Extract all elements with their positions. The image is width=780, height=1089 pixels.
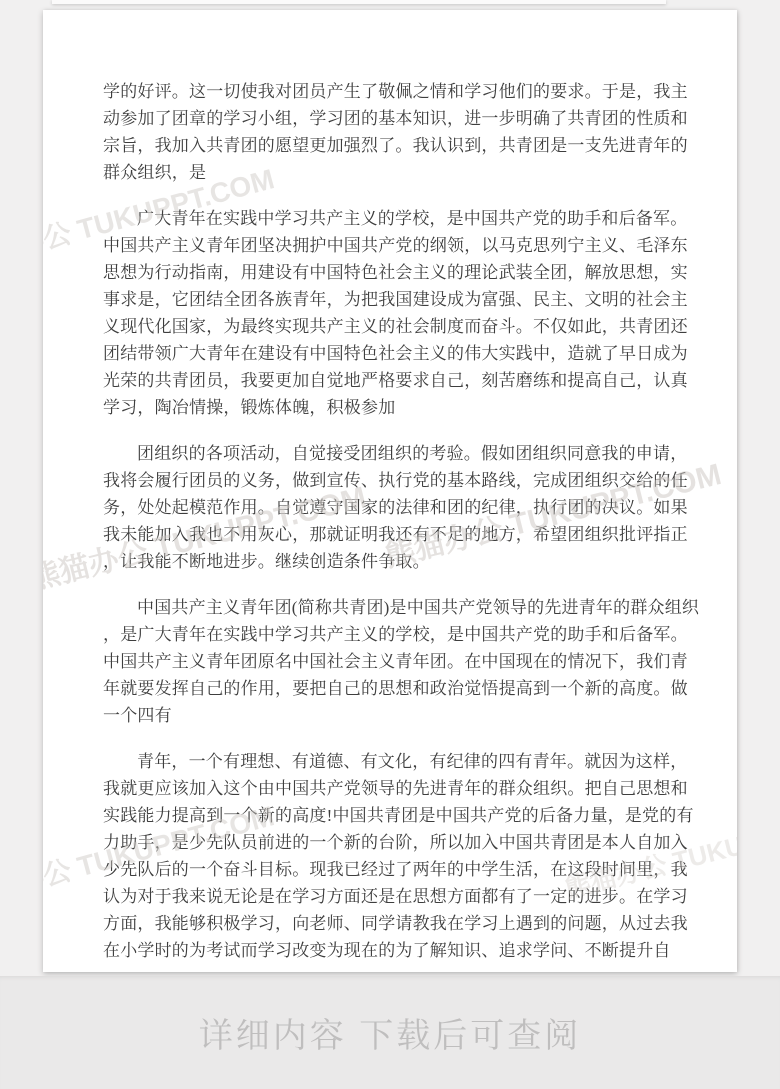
document-content: 学的好评。这一切使我对团员产生了敬佩之情和学习他们的要求。于是，我主动参加了团章… [103, 78, 684, 964]
text-line: 广大青年在实践中学习共产主义的学校，是中国共产党的助手和后备军。 [103, 205, 684, 232]
document-page: 学的好评。这一切使我对团员产生了敬佩之情和学习他们的要求。于是，我主动参加了团章… [43, 10, 737, 972]
footer-bar: 详细内容 下载后可查阅 [0, 976, 780, 1089]
text-line: 群众组织，是 [103, 159, 684, 186]
paragraph: 广大青年在实践中学习共产主义的学校，是中国共产党的助手和后备军。中国共产主义青年… [103, 205, 684, 421]
text-line: 实践能力提高到一个新的高度!中国共青团是中国共产党的后备力量，是党的有 [103, 802, 684, 829]
text-line: 我就更应该加入这个由中国共产党领导的先进青年的群众组织。把自己思想和 [103, 775, 684, 802]
text-line: ，是广大青年在实践中学习共产主义的学校，是中国共产党的助手和后备军。 [103, 621, 684, 648]
paragraph: 团组织的各项活动，自觉接受团组织的考验。假如团组织同意我的申请，我将会履行团员的… [103, 440, 684, 575]
text-line: 我将会履行团员的义务，做到宣传、执行党的基本路线，完成团组织交给的任 [103, 467, 684, 494]
text-line: 义现代化国家，为最终实现共产主义的社会制度而奋斗。不仅如此，共青团还 [103, 313, 684, 340]
text-line: 在小学时的为考试而学习改变为现在的为了解知识、追求学问、不断提升自 [103, 937, 684, 964]
text-line: 中国共产主义青年团原名中国社会主义青年团。在中国现在的情况下，我们青 [103, 648, 684, 675]
text-line: 认为对于我来说无论是在学习方面还是在思想方面都有了一定的进步。在学习 [103, 883, 684, 910]
text-line: 思想为行动指南，用建设有中国特色社会主义的理论武装全团，解放思想，实 [103, 259, 684, 286]
text-line: 团结带领广大青年在建设有中国特色社会主义的伟大实践中，造就了早日成为 [103, 340, 684, 367]
text-line: 青年，一个有理想、有道德、有文化，有纪律的四有青年。就因为这样， [103, 748, 684, 775]
text-line: 中国共产主义青年团(简称共青团)是中国共产党领导的先进青年的群众组织 [103, 594, 684, 621]
text-line: 务，处处起模范作用。自觉遵守国家的法律和团的纪律，执行团的决议。如果 [103, 494, 684, 521]
text-line: 年就要发挥自己的作用，要把自己的思想和政治觉悟提高到一个新的高度。做 [103, 675, 684, 702]
text-line: 宗旨，我加入共青团的愿望更加强烈了。我认识到，共青团是一支先进青年的 [103, 132, 684, 159]
text-line: 我未能加入我也不用灰心，那就证明我还有不足的地方，希望团组织批评指正 [103, 521, 684, 548]
paragraph: 中国共产主义青年团(简称共青团)是中国共产党领导的先进青年的群众组织，是广大青年… [103, 594, 684, 729]
text-line: 方面，我能够积极学习，向老师、同学请教我在学习上遇到的问题，从过去我 [103, 910, 684, 937]
text-line: 力助手，是少先队员前进的一个新的台阶，所以加入中国共青团是本人自加入 [103, 829, 684, 856]
text-line: 学习，陶冶情操，锻炼体魄，积极参加 [103, 394, 684, 421]
text-line: 学的好评。这一切使我对团员产生了敬佩之情和学习他们的要求。于是，我主 [103, 78, 684, 105]
text-line: ，让我能不断地进步。继续创造条件争取。 [103, 548, 684, 575]
text-line: 团组织的各项活动，自觉接受团组织的考验。假如团组织同意我的申请， [103, 440, 684, 467]
text-line: 光荣的共青团员，我要更加自觉地严格要求自己，刻苦磨练和提高自己，认真 [103, 367, 684, 394]
paragraph: 学的好评。这一切使我对团员产生了敬佩之情和学习他们的要求。于是，我主动参加了团章… [103, 78, 684, 186]
paragraph: 青年，一个有理想、有道德、有文化，有纪律的四有青年。就因为这样，我就更应该加入这… [103, 748, 684, 964]
footer-hint-text: 详细内容 下载后可查阅 [199, 1008, 581, 1057]
text-line: 事求是，它团结全团各族青年，为把我国建设成为富强、民主、文明的社会主 [103, 286, 684, 313]
previous-page-edge [52, 0, 666, 4]
text-line: 中国共产主义青年团坚决拥护中国共产党的纲领，以马克思列宁主义、毛泽东 [103, 232, 684, 259]
text-line: 动参加了团章的学习小组，学习团的基本知识，进一步明确了共青团的性质和 [103, 105, 684, 132]
text-line: 少先队后的一个奋斗目标。现我已经过了两年的中学生活，在这段时间里，我 [103, 856, 684, 883]
text-line: 一个四有 [103, 702, 684, 729]
